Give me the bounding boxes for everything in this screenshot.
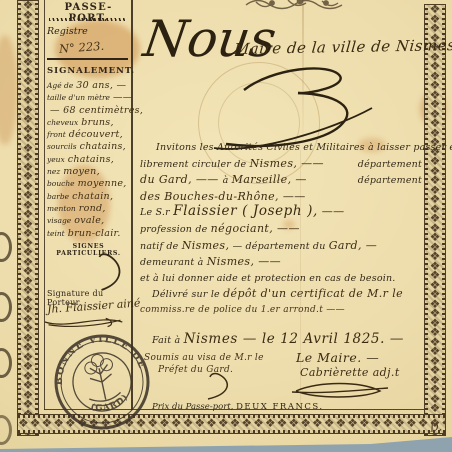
trait-label: menton <box>47 204 76 213</box>
text-segment: Délivré sur le <box>152 287 223 303</box>
price-label: Prix du Passe-port, <box>152 402 236 412</box>
trait-label: Agé de <box>47 81 73 90</box>
trait-row: visageovale, <box>47 215 130 227</box>
trait-row: barbechatain, <box>47 191 130 203</box>
text-segment: Flaissier ( Joseph ), <box>173 204 318 220</box>
date-line: Fait à Nismes — le 12 Avril 1825. — <box>152 330 422 350</box>
text-segment: demeurant à <box>140 255 207 271</box>
text-segment: Marseille, <box>232 172 292 188</box>
text-segment: — <box>362 238 377 254</box>
body-line: Invitons les Autorités Civiles et Milita… <box>140 140 422 156</box>
body-line: natif de Nismes, — département du Gard, … <box>140 238 422 255</box>
mayor-line: Cabrièrette adj.t <box>296 365 416 380</box>
body-line: du Gard, —— à Marseille, —département <box>140 172 422 189</box>
trait-value: 30 ans, — <box>76 80 126 91</box>
text-segment: Bouches-du-Rhône, <box>164 189 279 205</box>
text-segment: —— <box>297 156 324 172</box>
trait-row: mentonrond, <box>47 203 130 215</box>
text-segment: —— <box>279 189 306 205</box>
trait-row: yeuxchatains, <box>47 154 130 166</box>
trait-row: bouchemoyenne, <box>47 178 130 190</box>
body-text: Invitons les Autorités Civiles et Milita… <box>140 140 422 319</box>
text-segment: Nismes, <box>250 156 298 172</box>
nismes-municipal-stamp: BONNE VILLE DE NISMES (GARD) <box>40 320 163 443</box>
body-line: des Bouches-du-Rhône, —— <box>140 189 422 205</box>
body-line: profession de négociant, —— <box>140 221 422 238</box>
trait-value: découvert, <box>69 129 123 140</box>
trait-label: taille d'un mètre <box>47 93 110 102</box>
trait-label: teint <box>47 229 65 238</box>
text-segment: —— <box>254 254 281 270</box>
price-line: Prix du Passe-port, DEUX FRANCS. <box>152 394 324 413</box>
text-segment: —— <box>192 172 223 188</box>
text-segment: département <box>358 157 422 173</box>
text-segment: et à lui donner aide et protection en ca… <box>140 271 396 287</box>
dotted-rule <box>49 18 125 21</box>
trait-value: brun-clair. <box>68 228 121 239</box>
body-line: librement circuler de Nismes, ——départem… <box>140 156 422 173</box>
trait-value: chatains, <box>80 141 126 152</box>
text-segment: —— <box>318 204 345 220</box>
text-segment: Gard, <box>159 172 192 188</box>
text-segment: Nismes, <box>207 254 255 270</box>
body-line: demeurant à Nismes, —— <box>140 254 422 271</box>
trait-value: bruns, <box>81 117 114 128</box>
trait-value: chatains, <box>68 154 114 165</box>
ornamental-border-right: ❖❖❖❖❖❖❖❖❖❖❖❖❖❖❖❖❖❖❖❖❖❖❖❖❖❖❖❖❖❖❖❖❖❖❖❖❖❖❖❖… <box>424 4 446 436</box>
text-segment: Le Maire. — <box>296 350 379 365</box>
salutation-text: Maire de la ville de Nismes, <box>233 36 452 58</box>
text-segment: négociant, <box>211 221 274 237</box>
trait-value: ovale, <box>74 215 104 226</box>
trait-label: bouche <box>47 179 75 188</box>
text-segment: Gard, <box>329 238 362 254</box>
text-segment: Soumis au visa de M.r le <box>144 352 264 364</box>
trait-label: yeux <box>47 155 65 164</box>
trait-value: — 68 centimètres, <box>50 105 143 116</box>
visa-line: Soumis au visa de M.r le <box>140 352 270 364</box>
passport-document: ❖❖❖❖❖❖❖❖❖❖❖❖❖❖❖❖❖❖❖❖❖❖❖❖❖❖❖❖❖❖❖❖❖❖❖❖❖❖❖❖… <box>0 0 452 452</box>
text-segment: à <box>223 173 232 189</box>
trait-value: moyen, <box>63 166 100 177</box>
text-segment: — <box>291 172 306 188</box>
trait-row: cheveuxbruns, <box>47 117 130 129</box>
date-line: Fait à Nismes — le 12 Avril 1825. — <box>152 330 422 350</box>
ornamental-border-left: ❖❖❖❖❖❖❖❖❖❖❖❖❖❖❖❖❖❖❖❖❖❖❖❖❖❖❖❖❖❖❖❖❖❖❖❖❖❖❖❖… <box>17 0 39 436</box>
traits-list: Agé de30 ans, —taille d'un mètre——— 68 c… <box>47 80 130 240</box>
mayor-line: Le Maire. — <box>296 350 416 365</box>
corner-annotation: D. <box>429 420 443 435</box>
trait-row: taille d'un mètre—— <box>47 92 130 104</box>
price-value: DEUX FRANCS. <box>236 402 324 412</box>
trait-label: cheveux <box>47 118 78 127</box>
trait-value: moyenne, <box>78 178 127 189</box>
trait-label: visage <box>47 216 71 225</box>
trait-value: chatain, <box>72 191 113 202</box>
register-label: Registre <box>47 26 130 37</box>
trait-label: barbe <box>47 192 69 201</box>
signalement-title: SIGNALEMENT. <box>47 66 130 76</box>
body-line: Le S.r Flaissier ( Joseph ), —— <box>140 204 422 221</box>
body-line: Délivré sur le dépôt d'un certificat de … <box>140 286 422 303</box>
svg-text:(GARD): (GARD) <box>87 390 133 416</box>
stamp-bottom-text: (GARD) <box>87 390 133 416</box>
mayor-signature-block: Le Maire. —Cabrièrette adj.t <box>296 350 416 380</box>
trait-label: front <box>47 130 66 139</box>
text-segment: Nismes, <box>182 238 230 254</box>
text-segment: commiss.re de police du 1.er arrond.t —— <box>140 303 345 319</box>
body-line: et à lui donner aide et protection en ca… <box>140 271 422 287</box>
trait-label: nez <box>47 167 60 176</box>
text-segment: natif de <box>140 239 182 255</box>
text-segment: Le S.r <box>140 205 173 221</box>
text-segment: des <box>140 189 164 205</box>
trait-row: nezmoyen, <box>47 166 130 178</box>
body-line: commiss.re de police du 1.er arrond.t —— <box>140 303 422 319</box>
text-segment: —— <box>273 221 300 237</box>
text-segment: Invitons les Autorités Civiles et Milita… <box>156 140 452 156</box>
text-segment: librement circuler de <box>140 157 250 173</box>
text-segment: département <box>358 173 422 189</box>
text-segment: dépôt d'un certificat de M.r le <box>223 286 403 302</box>
trait-row: sourcilschatains, <box>47 141 130 153</box>
trait-row: — 68 centimètres, <box>47 105 130 117</box>
text-segment: Cabrièrette adj.t <box>300 365 400 380</box>
text-segment: Nismes — le 12 Avril 1825. — <box>184 330 404 348</box>
trait-row: teintbrun-clair. <box>47 228 130 240</box>
trait-row: Agé de30 ans, — <box>47 80 130 92</box>
calligraphic-flourish <box>210 62 380 152</box>
trait-label: sourcils <box>47 142 77 151</box>
text-segment: du <box>140 172 159 188</box>
trait-value: rond, <box>79 203 106 214</box>
text-segment: profession de <box>140 222 211 238</box>
flourish-mark <box>65 252 148 294</box>
text-segment: Fait à <box>152 332 184 350</box>
trait-row: frontdécouvert, <box>47 129 130 141</box>
text-segment: — département du <box>229 239 328 255</box>
trait-value: —— <box>113 92 133 103</box>
horizontal-rule <box>47 58 128 60</box>
